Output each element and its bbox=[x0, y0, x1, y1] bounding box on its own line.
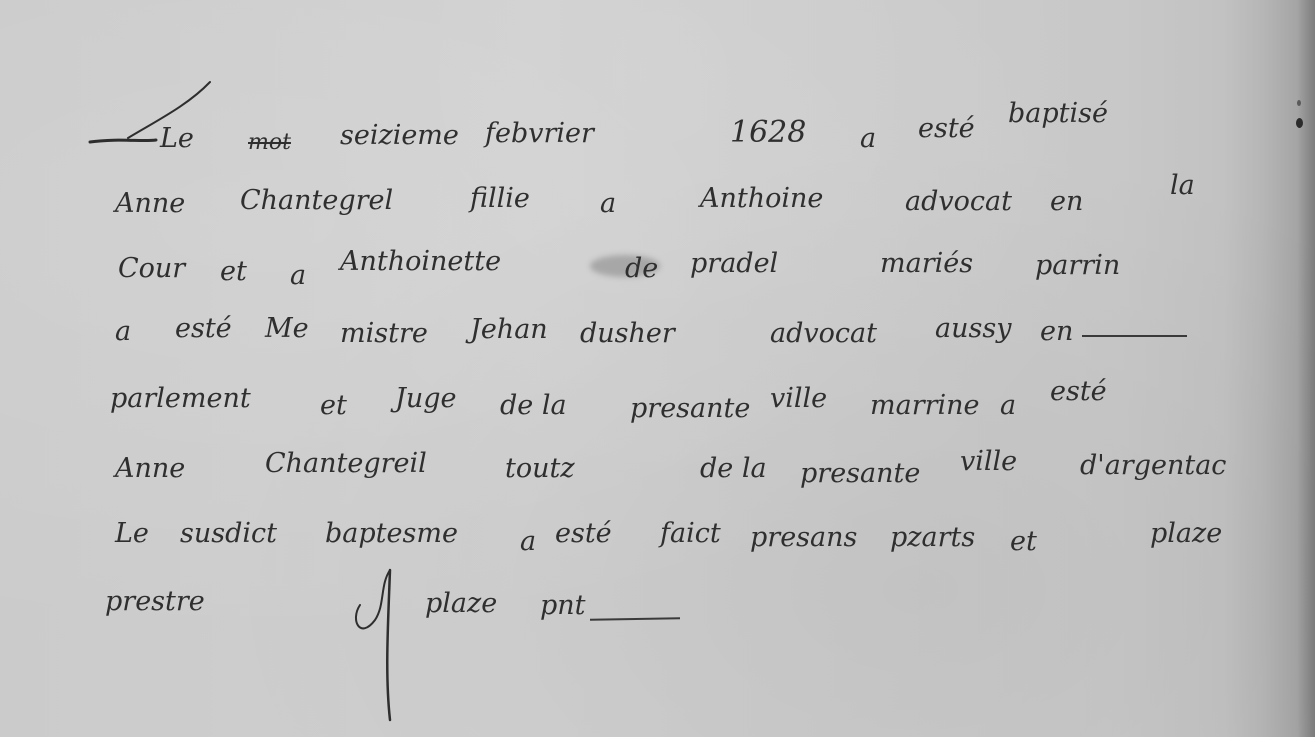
signature-abbreviation: pnt bbox=[540, 592, 586, 619]
text-word: presante bbox=[630, 395, 750, 422]
text-word: presante bbox=[800, 460, 920, 487]
text-word: faict bbox=[660, 520, 721, 547]
ink-blot bbox=[1296, 118, 1303, 128]
text-word: advocat bbox=[905, 188, 1012, 215]
text-word: pzarts bbox=[890, 524, 975, 551]
text-word: Me bbox=[265, 315, 309, 342]
text-word: a bbox=[1000, 392, 1016, 419]
text-word: Cour bbox=[118, 255, 185, 282]
text-word: parlement bbox=[110, 385, 251, 412]
text-word: esté bbox=[555, 520, 612, 547]
godfather-name: Jehan bbox=[470, 316, 548, 343]
line-filler-stroke bbox=[1082, 335, 1187, 337]
text-word: de bbox=[625, 255, 658, 282]
text-word: Le bbox=[115, 520, 149, 547]
text-word: plaze bbox=[1150, 520, 1222, 547]
text-word: baptisé bbox=[1008, 100, 1108, 127]
text-word: a bbox=[520, 528, 536, 555]
text-word: Le bbox=[160, 125, 194, 152]
text-word: et bbox=[220, 258, 247, 285]
text-word: baptesme bbox=[325, 520, 458, 547]
signature-underline bbox=[590, 617, 680, 621]
text-word: a bbox=[860, 125, 876, 152]
father-name: Anthoine bbox=[700, 185, 823, 212]
text-word: aussy bbox=[935, 315, 1011, 342]
text-word: en bbox=[1040, 318, 1073, 345]
text-word: a bbox=[600, 190, 616, 217]
text-word: parrin bbox=[1035, 252, 1120, 279]
text-word: esté bbox=[175, 315, 232, 342]
ink-blot bbox=[1297, 100, 1301, 106]
godfather-surname: dusher bbox=[580, 320, 675, 347]
surname: Chantegrel bbox=[240, 187, 393, 214]
initial-flourish-icon bbox=[88, 80, 228, 150]
text-word: a bbox=[290, 262, 306, 289]
text-word: a bbox=[115, 318, 131, 345]
text-word: fillie bbox=[470, 185, 530, 212]
text-word: susdict bbox=[180, 520, 277, 547]
text-word: prestre bbox=[105, 588, 205, 615]
text-word: marrine bbox=[870, 392, 980, 419]
godmother-name: Anne bbox=[115, 455, 185, 482]
text-word: de la bbox=[500, 392, 567, 419]
mother-surname: pradel bbox=[690, 250, 778, 277]
text-word: mariés bbox=[880, 250, 973, 277]
text-word: la bbox=[1170, 172, 1195, 199]
text-word: mistre bbox=[340, 320, 428, 347]
signature-flourish-icon bbox=[350, 565, 430, 725]
place-name: d'argentac bbox=[1080, 452, 1226, 479]
date-year: 1628 bbox=[730, 118, 806, 148]
manuscript-page: Le mot seizieme febvrier 1628 a esté bap… bbox=[0, 0, 1315, 737]
text-word: advocat bbox=[770, 320, 877, 347]
signature-name: plaze bbox=[425, 590, 497, 617]
struck-word: mot bbox=[248, 132, 291, 154]
text-word: presans bbox=[750, 524, 857, 551]
text-word: ville bbox=[960, 448, 1017, 475]
text-word: en bbox=[1050, 188, 1083, 215]
godmother-surname: Chantegreil bbox=[265, 450, 427, 477]
text-word: febvrier bbox=[485, 120, 594, 147]
text-word: toutz bbox=[505, 455, 575, 482]
page-gutter-shadow bbox=[1297, 0, 1315, 737]
text-word: esté bbox=[918, 115, 975, 142]
given-name: Anne bbox=[115, 190, 185, 217]
mother-name: Anthoinette bbox=[340, 248, 501, 275]
text-word: et bbox=[320, 392, 347, 419]
text-word: seizieme bbox=[340, 122, 459, 149]
text-word: et bbox=[1010, 528, 1037, 555]
text-word: de la bbox=[700, 455, 767, 482]
text-word: Juge bbox=[395, 385, 456, 412]
text-word: esté bbox=[1050, 378, 1107, 405]
text-word: ville bbox=[770, 385, 827, 412]
